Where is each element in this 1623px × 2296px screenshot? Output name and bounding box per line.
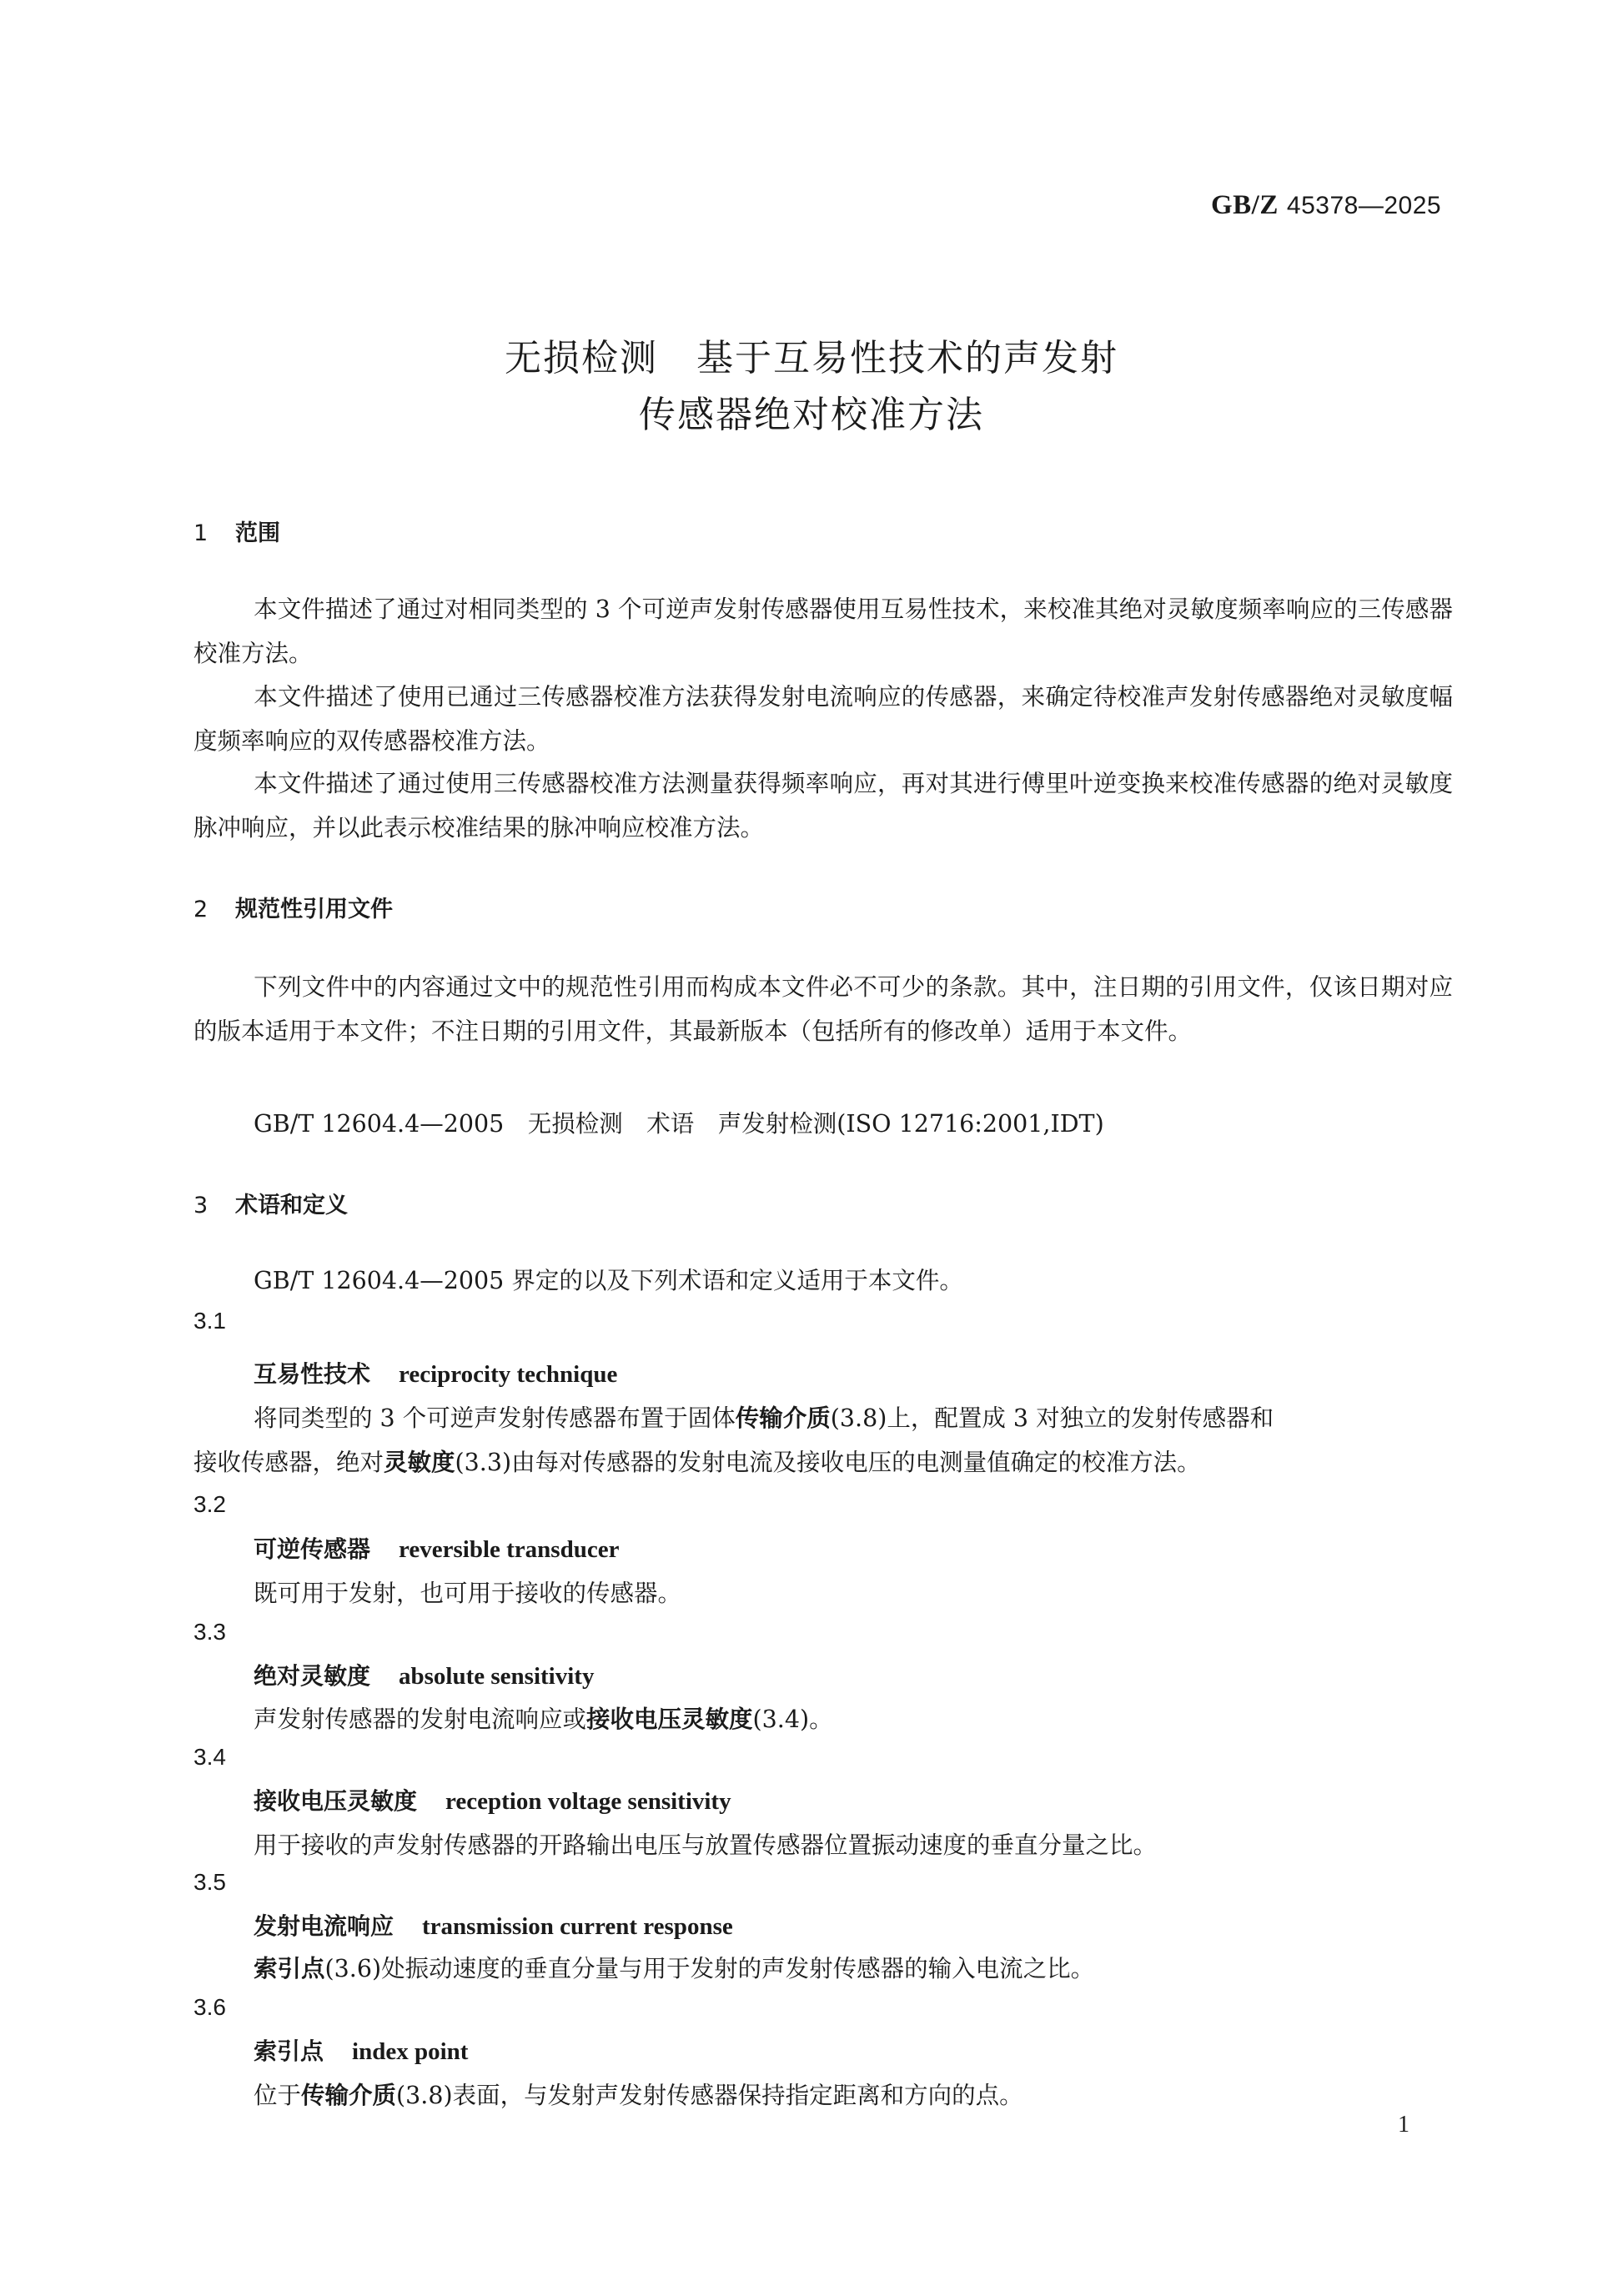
document-title-line-1: 无损检测 基于互易性技术的声发射 [0,328,1623,381]
term-title: 接收电压灵敏度reception voltage sensitivity [254,1783,731,1816]
clause-number: 3.2 [193,1491,226,1518]
clause-number: 3.6 [193,1994,226,2021]
term-definition: 用于接收的声发射传感器的开路输出电压与放置传感器位置振动速度的垂直分量之比。 [254,1826,1157,1861]
normative-reference-item: GB/T 12604.4—2005 无损检测 术语 声发射检测(ISO 1271… [254,1105,1104,1139]
clause-number: 3.4 [193,1744,226,1771]
section-number: 1 [193,520,235,546]
term-title: 发射电流响应transmission current response [254,1908,733,1942]
term-definition-line-1: 将同类型的 3 个可逆声发射传感器布置于固体传输介质(3.8)上，配置成 3 对… [254,1399,1274,1434]
normative-references-paragraph: 下列文件中的内容通过文中的规范性引用而构成本文件必不可少的条款。其中，注日期的引… [193,965,1453,1053]
section-heading-normative-references: 2规范性引用文件 [193,891,393,923]
terms-intro: GB/T 12604.4—2005 界定的以及下列术语和定义适用于本文件。 [254,1262,963,1296]
standard-number: 45378—2025 [1287,192,1441,219]
document-page: GB/Z 45378—2025 无损检测 基于互易性技术的声发射 传感器绝对校准… [0,0,1623,2296]
term-title: 可逆传感器reversible transducer [254,1531,619,1565]
term-definition-line-2: 接收传感器，绝对灵敏度(3.3)由每对传感器的发射电流及接收电压的电测量值确定的… [193,1444,1201,1478]
section-number: 2 [193,897,235,922]
term-title: 绝对灵敏度absolute sensitivity [254,1658,594,1691]
section-title: 范围 [235,520,280,546]
clause-number: 3.3 [193,1619,226,1645]
clause-number: 3.5 [193,1869,226,1896]
section-title: 术语和定义 [235,1193,348,1218]
section-number: 3 [193,1193,235,1218]
term-definition: 既可用于发射，也可用于接收的传感器。 [254,1575,681,1609]
term-definition: 索引点(3.6)处振动速度的垂直分量与用于发射的声发射传感器的输入电流之比。 [254,1950,1094,1984]
scope-paragraph-2: 本文件描述了使用已通过三传感器校准方法获得发射电流响应的传感器，来确定待校准声发… [193,675,1453,763]
term-title: 互易性技术reciprocity technique [254,1356,617,1389]
term-definition: 位于传输介质(3.8)表面，与发射声发射传感器保持指定距离和方向的点。 [254,2077,1023,2111]
section-heading-scope: 1范围 [193,515,280,547]
standard-prefix: GB/Z [1211,190,1279,220]
scope-paragraph-3: 本文件描述了通过使用三传感器校准方法测量获得频率响应，再对其进行傅里叶逆变换来校… [193,761,1453,850]
standard-code: GB/Z 45378—2025 [1211,190,1441,221]
page-number: 1 [1398,2112,1409,2138]
scope-paragraph-1: 本文件描述了通过对相同类型的 3 个可逆声发射传感器使用互易性技术，来校准其绝对… [193,587,1453,676]
clause-number: 3.1 [193,1308,226,1334]
term-title: 索引点index point [254,2033,468,2067]
document-title-line-2: 传感器绝对校准方法 [0,384,1623,438]
term-definition: 声发射传感器的发射电流响应或接收电压灵敏度(3.4)。 [254,1701,833,1735]
section-heading-terms-definitions: 3术语和定义 [193,1187,348,1219]
section-title: 规范性引用文件 [235,897,393,922]
